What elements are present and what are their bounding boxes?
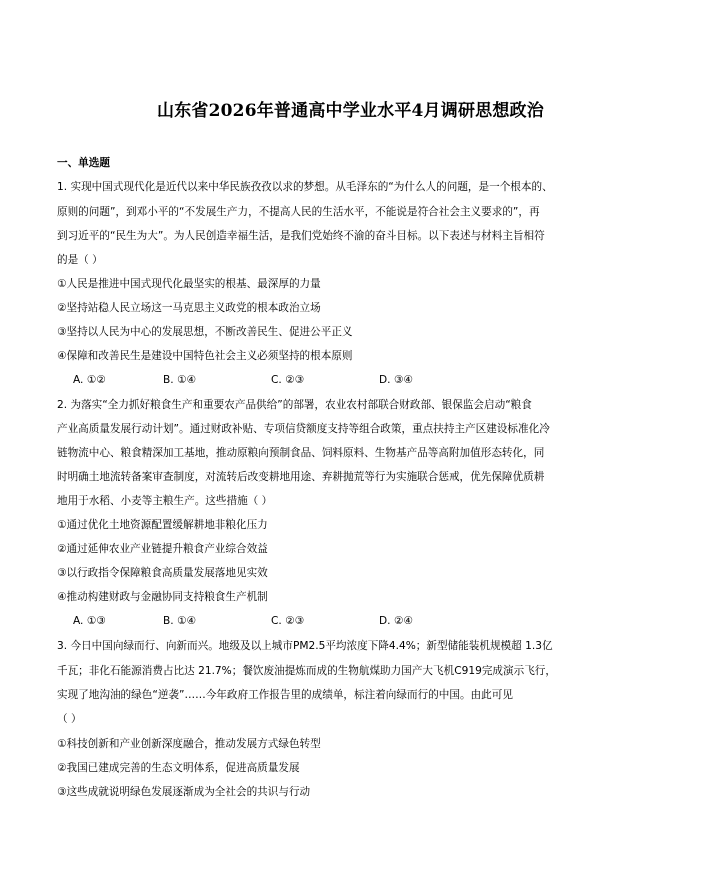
option-a[interactable]: A. ①② bbox=[73, 373, 106, 387]
statement-item: ①人民是推进中国式现代化最坚实的根基、最深厚的力量 bbox=[57, 277, 321, 291]
option-d[interactable]: D. ②④ bbox=[379, 614, 413, 628]
statement-item: ②坚持站稳人民立场这一马克思主义政党的根本政治立场 bbox=[57, 301, 321, 315]
question-stem-line: 1. 实现中国式现代化是近代以来中华民族孜孜以求的梦想。从毛泽东的“为什么人的问… bbox=[57, 180, 553, 194]
option-a[interactable]: A. ①③ bbox=[73, 614, 106, 628]
statement-item: ④推动构建财政与金融协同支持粮食生产机制 bbox=[57, 590, 268, 604]
statement-item: ③坚持以人民为中心的发展思想，不断改善民生、促进公平正义 bbox=[57, 325, 353, 339]
question-stem-line: 地用于水稻、小麦等主粮生产。这些措施（ ） bbox=[57, 494, 272, 508]
question-stem-line: 千瓦；非化石能源消费占比达 21.7%；餐饮废油提炼而成的生物航煤助力国产大飞机… bbox=[57, 664, 556, 678]
question-stem-line: 产业高质量发展行动计划”。通过财政补贴、专项信贷额度支持等组合政策，重点扶持主产… bbox=[57, 422, 550, 436]
question-stem-line: （ ） bbox=[57, 712, 82, 726]
statement-item: ③这些成就说明绿色发展逐渐成为全社会的共识与行动 bbox=[57, 785, 310, 799]
option-c[interactable]: C. ②③ bbox=[271, 614, 304, 628]
statement-item: ①科技创新和产业创新深度融合，推动发展方式绿色转型 bbox=[57, 737, 321, 751]
option-d[interactable]: D. ③④ bbox=[379, 373, 413, 387]
question-stem-line: 2. 为落实“全力抓好粮食生产和重要农产品供给”的部署，农业农村部联合财政部、银… bbox=[57, 398, 532, 412]
statement-item: ④保障和改善民生是建设中国特色社会主义必须坚持的根本原则 bbox=[57, 349, 353, 363]
statement-item: ②我国已建成完善的生态文明体系，促进高质量发展 bbox=[57, 761, 300, 775]
statement-item: ②通过延伸农业产业链提升粮食产业综合效益 bbox=[57, 542, 268, 556]
question-stem-line: 链物流中心、粮食精深加工基地，推动原粮向预制食品、饲料原料、生物基产品等高附加值… bbox=[57, 446, 544, 460]
question-stem-line: 实现了地沟油的绿色“逆袭”……今年政府工作报告里的成绩单，标注着向绿而行的中国。… bbox=[57, 688, 513, 702]
question-stem-line: 时明确土地流转备案审查制度，对流转后改变耕地用途、弃耕抛荒等行为实施联合惩戒，优… bbox=[57, 470, 544, 484]
option-c[interactable]: C. ②③ bbox=[271, 373, 304, 387]
question-stem-line: 到习近平的“民生为大”。为人民创造幸福生活，是我们党始终不渝的奋斗目标。以下表述… bbox=[57, 229, 545, 243]
question-stem-line: 原则的问题”，到邓小平的“不发展生产力，不提高人民的生活水平，不能说是符合社会主… bbox=[57, 205, 540, 219]
statement-item: ③以行政指令保障粮食高质量发展落地见实效 bbox=[57, 566, 268, 580]
statement-item: ①通过优化土地资源配置缓解耕地非粮化压力 bbox=[57, 518, 268, 532]
section-heading: 一、单选题 bbox=[57, 156, 110, 170]
page-title: 山东省2026年普通高中学业水平4月调研思想政治 bbox=[0, 96, 701, 121]
question-stem-line: 的是（ ） bbox=[57, 253, 103, 267]
option-b[interactable]: B. ①④ bbox=[163, 373, 196, 387]
option-b[interactable]: B. ①④ bbox=[163, 614, 196, 628]
question-stem-line: 3. 今日中国向绿而行、向新而兴。地级及以上城市PM2.5平均浓度下降4.4%；… bbox=[57, 639, 553, 653]
